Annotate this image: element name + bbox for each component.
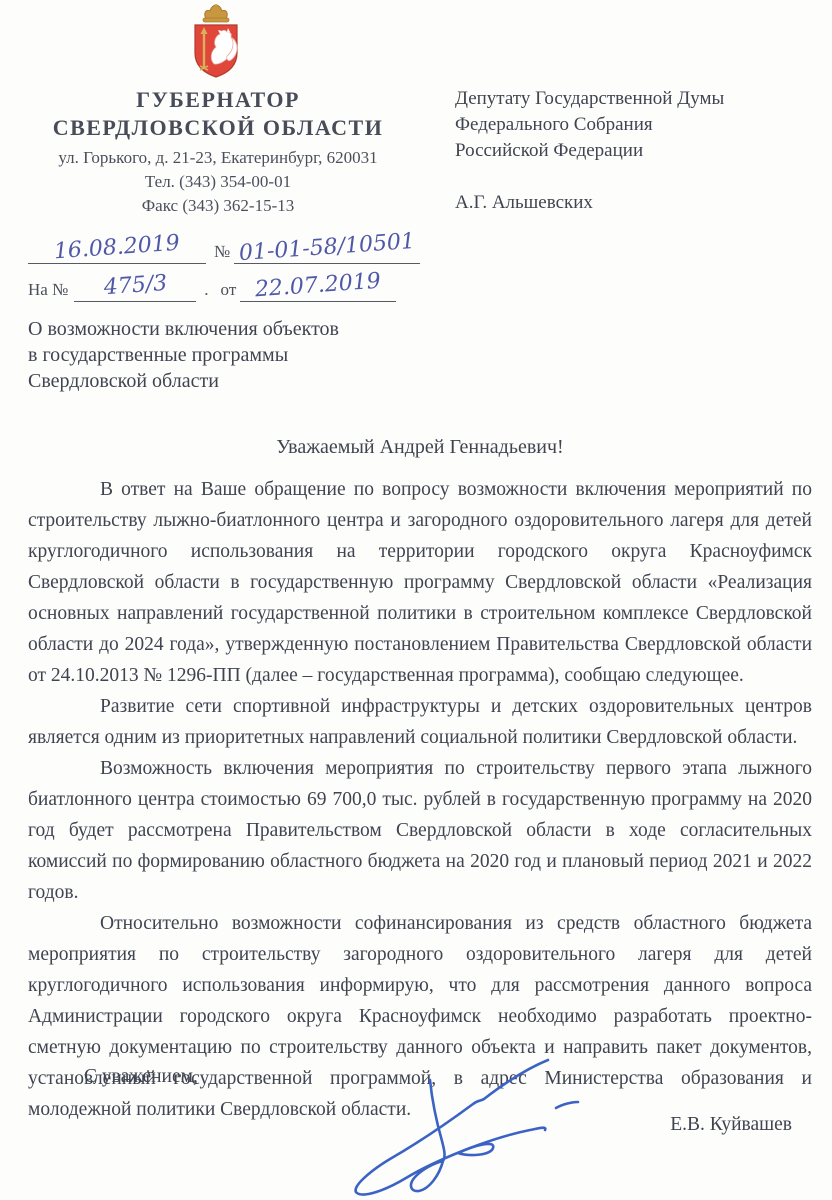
body-paragraph: Возможность включения мероприятия по стр… bbox=[28, 753, 812, 908]
incoming-date-field: 22.07.2019 bbox=[240, 275, 396, 302]
outgoing-number-field: 01-01-58/10501 bbox=[234, 237, 420, 264]
number-sign-label: № bbox=[206, 242, 234, 264]
org-fax: Факс (343) 362-15-13 bbox=[18, 194, 418, 218]
letterhead-org-block: ГУБЕРНАТОР СВЕРДЛОВСКОЙ ОБЛАСТИ bbox=[18, 86, 418, 142]
subject-line: О возможности включения объектов bbox=[28, 316, 448, 342]
subject-line: Свердловской области bbox=[28, 368, 448, 394]
recipient-block: Депутату Государственной Думы Федерально… bbox=[455, 86, 785, 216]
closing-regards: С уважением, bbox=[84, 1066, 198, 1088]
incoming-reference-row: На № 475/3 . от 22.07.2019 bbox=[28, 266, 428, 302]
org-name-line2: СВЕРДЛОВСКОЙ ОБЛАСТИ bbox=[18, 114, 418, 142]
crown-icon bbox=[203, 4, 229, 22]
from-label: от bbox=[213, 280, 241, 302]
salutation: Уважаемый Андрей Геннадьевич! bbox=[28, 436, 812, 459]
coat-of-arms-icon bbox=[170, 4, 262, 84]
letterhead-contacts: ул. Горького, д. 21-23, Екатеринбург, 62… bbox=[18, 146, 418, 218]
letter-body: В ответ на Ваше обращение по вопросу воз… bbox=[28, 474, 812, 1125]
outgoing-reference-row: 16.08.2019 № 01-01-58/10501 bbox=[28, 228, 428, 264]
body-paragraph: В ответ на Ваше обращение по вопросу воз… bbox=[28, 474, 812, 691]
incoming-number-field: 475/3 bbox=[74, 275, 196, 302]
letter-page: ГУБЕРНАТОР СВЕРДЛОВСКОЙ ОБЛАСТИ ул. Горь… bbox=[0, 0, 832, 1200]
incoming-date-handwriting: 22.07.2019 bbox=[254, 269, 381, 303]
incoming-number-handwriting: 475/3 bbox=[103, 271, 168, 300]
incoming-number-label: На № bbox=[28, 280, 74, 302]
outgoing-date-field: 16.08.2019 bbox=[28, 237, 206, 264]
handwritten-signature bbox=[330, 1040, 590, 1200]
org-address: ул. Горького, д. 21-23, Екатеринбург, 62… bbox=[18, 146, 418, 170]
subject-line: в государственные программы bbox=[28, 342, 448, 368]
recipient-name: А.Г. Альшевских bbox=[455, 190, 785, 216]
org-name-line1: ГУБЕРНАТОР bbox=[18, 86, 418, 114]
subject-block: О возможности включения объектов в госуд… bbox=[28, 316, 448, 394]
org-phone: Тел. (343) 354-00-01 bbox=[18, 170, 418, 194]
separator-dot: . bbox=[196, 280, 212, 302]
recipient-line: Российской Федерации bbox=[455, 138, 785, 164]
reference-block: 16.08.2019 № 01-01-58/10501 На № 475/3 .… bbox=[28, 228, 428, 302]
body-paragraph: Развитие сети спортивной инфраструктуры … bbox=[28, 691, 812, 753]
outgoing-date-handwriting: 16.08.2019 bbox=[53, 231, 180, 265]
outgoing-number-handwriting: 01-01-58/10501 bbox=[238, 229, 416, 266]
recipient-line: Депутату Государственной Думы bbox=[455, 86, 785, 112]
signer-name: Е.В. Куйвашев bbox=[560, 1114, 792, 1136]
recipient-line: Федерального Собрания bbox=[455, 112, 785, 138]
